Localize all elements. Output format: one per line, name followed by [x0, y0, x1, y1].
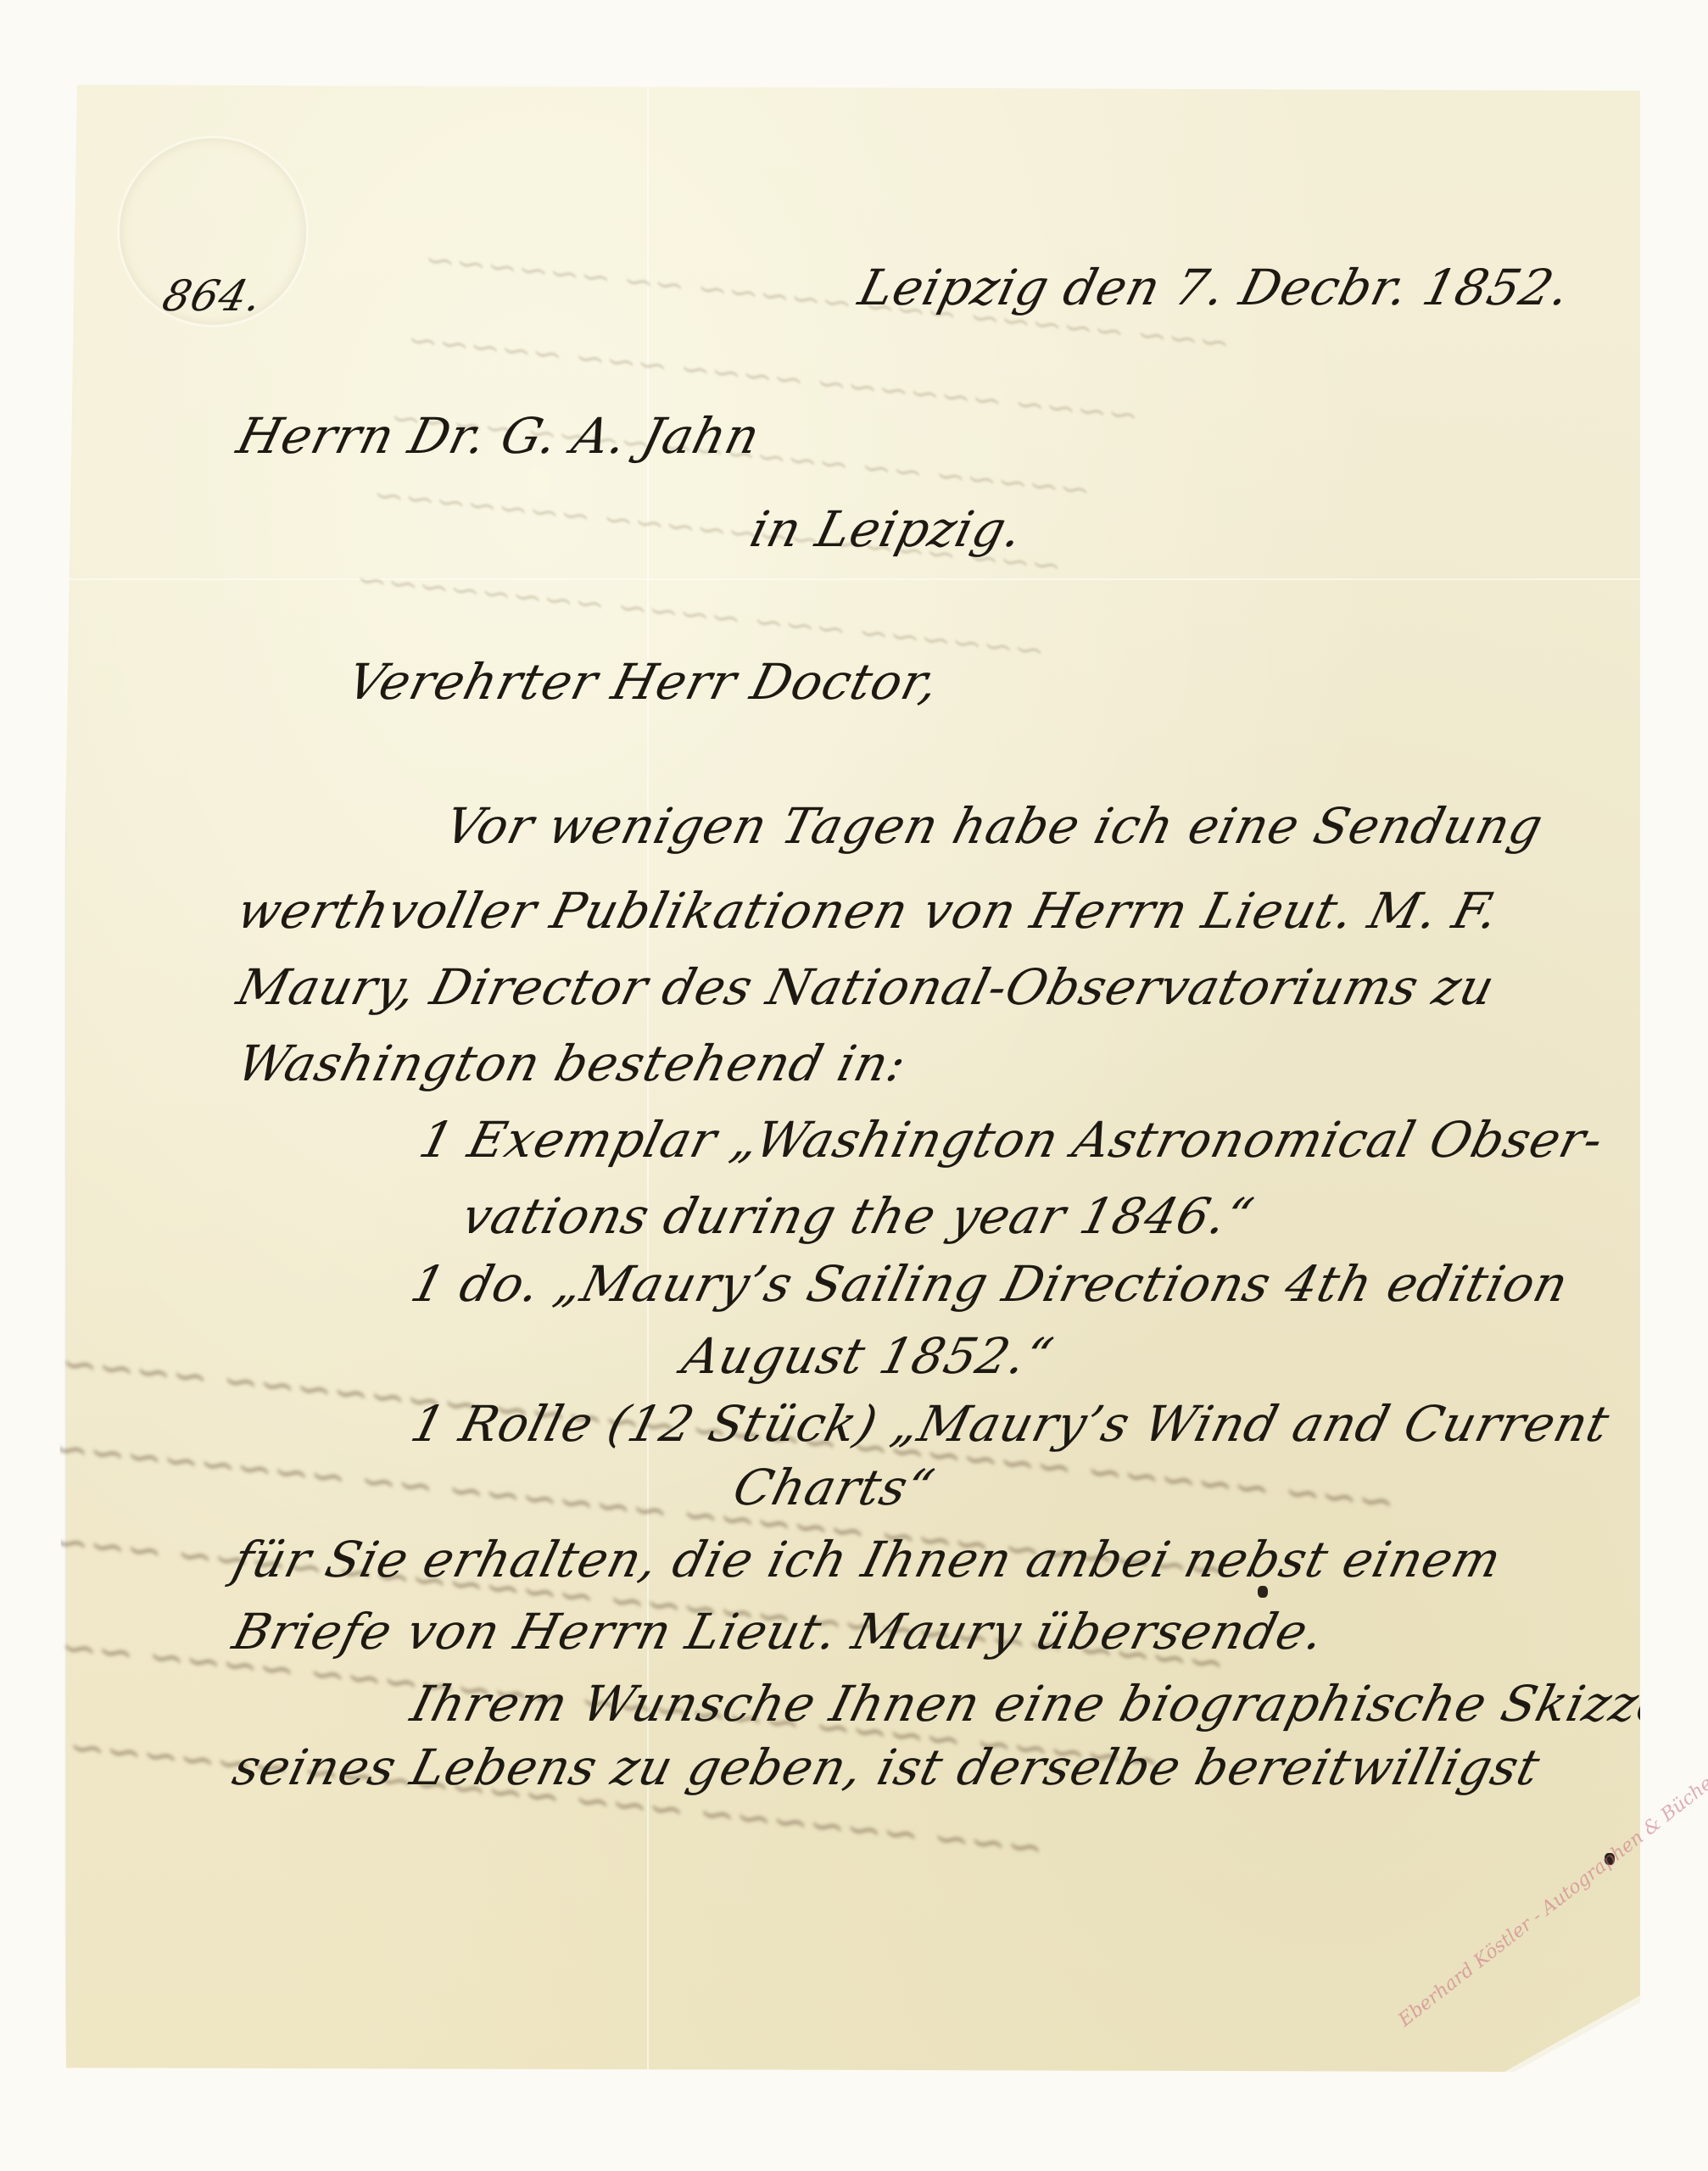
salutation: Verehrter Herr Doctor,	[342, 653, 945, 711]
body-line: Washington bestehend in:	[232, 1035, 913, 1092]
body-line: Maury, Director des National-Observatori…	[232, 958, 1501, 1016]
body-line: Vor wenigen Tagen habe ich eine Sendung	[439, 797, 1549, 855]
addressee-line1: Herrn Dr. G. A. Jahn	[232, 407, 766, 465]
addressee-line2: in Leipzig.	[745, 500, 1029, 558]
letter-paper: ~~~ ~~~~~ ~~~ ~~~~~ ~~ ~~~~~~ ~~~~ ~~~~~…	[66, 85, 1640, 2072]
horizontal-fold-crease	[66, 578, 1640, 580]
place-date: Leipzig den 7. Decbr. 1852.	[853, 259, 1577, 316]
item-line: 1 Rolle (12 Stück) „Maury’s Wind and Cur…	[405, 1395, 1616, 1453]
ink-blot	[1258, 1586, 1268, 1598]
item-line: vations during the year 1846.“	[456, 1187, 1259, 1245]
item-line: Charts“	[728, 1459, 941, 1516]
body-line: seines Lebens zu geben, ist derselbe ber…	[227, 1738, 1546, 1796]
item-line: August 1852.“	[677, 1327, 1059, 1385]
body-line: Ihrem Wunsche Ihnen eine biographische S…	[405, 1675, 1675, 1733]
body-line: werthvoller Publikationen von Herrn Lieu…	[232, 882, 1505, 940]
letter-number: 864.	[158, 271, 268, 321]
item-line: 1 Exemplar „Washington Astronomical Obse…	[414, 1111, 1610, 1169]
body-line: Briefe von Herrn Lieut. Maury übersende.	[227, 1603, 1331, 1660]
item-line: 1 do. „Maury’s Sailing Directions 4th ed…	[405, 1255, 1575, 1313]
body-line: für Sie erhalten, die ich Ihnen anbei ne…	[227, 1531, 1508, 1588]
